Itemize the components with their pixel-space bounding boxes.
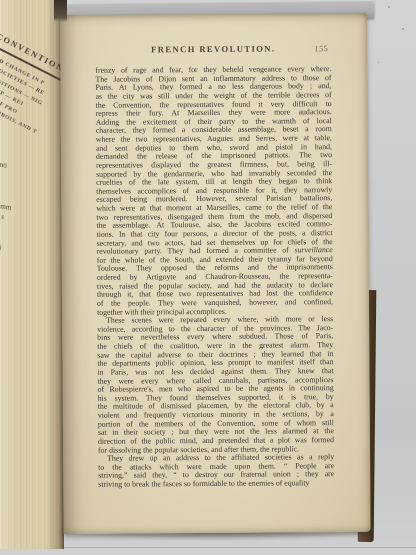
page-header-row: FRENCH REVOLUTION. 155 — [95, 43, 331, 58]
running-header: FRENCH REVOLUTION. — [95, 43, 331, 55]
dust-speck — [388, 6, 390, 8]
dust-speck — [402, 28, 404, 30]
book-photo: L CONVENTION. ONS AND CHANGE IN PPULAR S… — [0, 0, 416, 555]
left-page-edge: L CONVENTION. ONS AND CHANGE IN PPULAR S… — [0, 0, 64, 549]
paragraph: frenzy of rage and fear, for they beheld… — [95, 65, 333, 317]
left-page-top: L CONVENTION. ONS AND CHANGE IN PPULAR S… — [0, 26, 64, 174]
text-line: striving to break the fasces so formidab… — [98, 479, 334, 489]
body-text: frenzy of rage and fear, for they beheld… — [95, 65, 334, 489]
book-page: FRENCH REVOLUTION. 155 frenzy of rage an… — [60, 13, 371, 534]
paragraph: These scenes were repeated every where, … — [97, 315, 334, 455]
page-content: FRENCH REVOLUTION. 155 frenzy of rage an… — [95, 43, 334, 489]
paragraph: They drew up an address to the affiliate… — [98, 453, 334, 489]
page-number: 155 — [314, 44, 328, 53]
gutter-shadow — [54, 0, 67, 22]
dust-speck — [378, 62, 379, 63]
left-page-body: curring on the frontiThe representatis t… — [0, 152, 64, 531]
